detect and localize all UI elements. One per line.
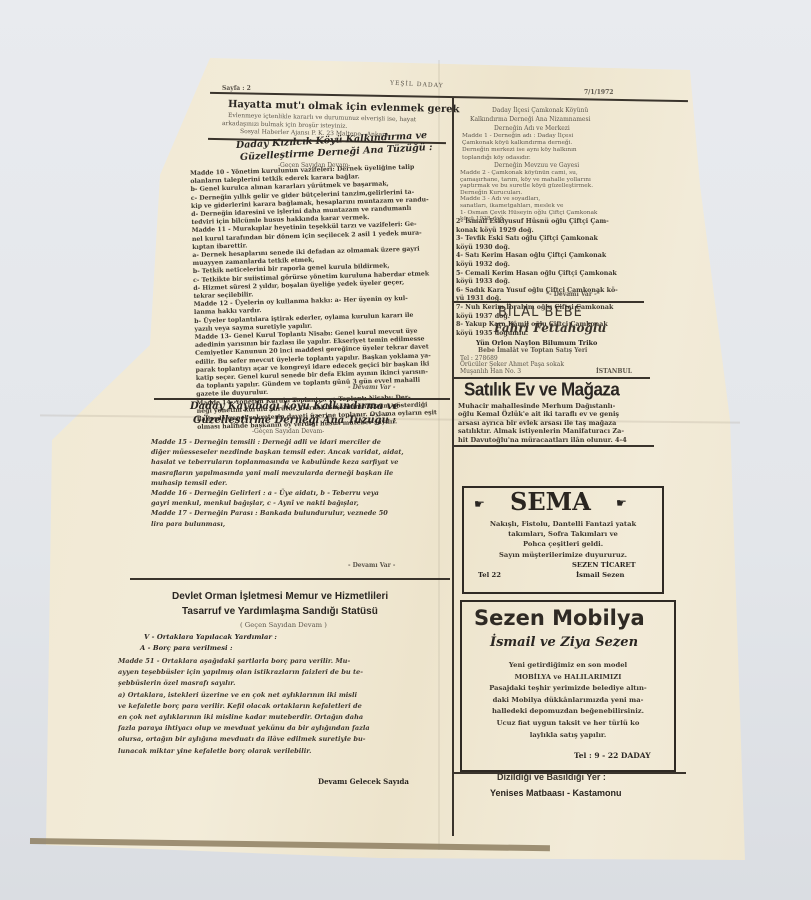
- orman-heading-2: A - Borç para verilmesi :: [140, 645, 233, 652]
- mobilya-title: Sezen Mobilya: [474, 608, 645, 629]
- orman-body: Madde 51 - Ortaklara aşağıdaki şartlarla…: [118, 656, 370, 757]
- bilal-line-1: Yün Orlon Naylon Bilumum Triko: [476, 340, 597, 347]
- text-line: Madde 15 - Derneğin temsili : Derneği ad…: [151, 437, 404, 447]
- kizilcik-continued: - Devamı Var -: [348, 385, 395, 391]
- kayabagi-title-1: Daday Kayabağı köyü Kalkındırma ve: [190, 402, 399, 412]
- text-line: Sayın müşterilerimize duyururuz.: [464, 550, 662, 560]
- text-line: Madde 51 - Ortaklara aşağıdaki şartlarla…: [118, 656, 370, 667]
- kayabagi-subtitle: -Geçen Sayıdan Devam-: [252, 429, 324, 435]
- orman-subtitle: ( Geçen Sayıdan Devam ): [240, 622, 327, 629]
- page-number: Sayfa : 2: [222, 86, 251, 92]
- issue-date: 7/1/1972: [584, 90, 613, 96]
- text-line: halledeki depomuzdan beğenebilirsiniz.: [462, 706, 674, 718]
- bilal-line-2: Bebe İmalât ve Toptan Satış Yeri: [478, 348, 587, 354]
- sema-tel: Tel 22: [478, 572, 501, 579]
- orman-title-2: Tasarruf ve Yardımlaşma Sandığı Statüsü: [182, 607, 378, 617]
- camkonak-continued: *- Devamı Var -*: [546, 292, 600, 298]
- founder-line: 4- Satı Kerim Hasan oğlu Çiftçi Çamkonak: [456, 252, 618, 261]
- text-line: masrafların yapılmasında yani mali mevzu…: [151, 468, 404, 478]
- founder-line: 2- İsmail Eskiyusuf Hüsnü oğlu Çiftçi Ça…: [456, 218, 618, 227]
- orman-title-1: Devlet Orman İşletmesi Memur ve Hizmetli…: [172, 592, 388, 602]
- section-rule: [454, 301, 644, 303]
- text-line: ayyen teşebbüsler için yapılmış olan ist…: [118, 667, 370, 678]
- kizilcik-body: Madde 10 - Yönetim kurulunun vazifeleri:…: [190, 163, 437, 432]
- text-line: olursa, ortağın bir aylığına mevduatı da…: [118, 734, 370, 745]
- text-line: lunacak miktar yine kefaletle borç olara…: [118, 746, 370, 757]
- text-line: arsası ayrıca bir evlek arsası ile taş m…: [458, 419, 627, 427]
- text-line: Yeni getirdiğimiz en son model: [462, 660, 674, 672]
- camkonak-body-b: Madde 2 - Çamkonak köyünün cami, su,çama…: [460, 170, 597, 223]
- text-line: gayri menkul, menkul bağışlar, c - Aynî …: [151, 498, 404, 508]
- founder-line: köyü 1930 doğ.: [456, 244, 618, 253]
- orman-heading-1: V - Ortaklara Yapılacak Yardımlar :: [144, 634, 277, 641]
- satilik-title: Satılık Ev ve Mağaza: [464, 380, 619, 399]
- text-line: Madde 3 - Adı ve soyadları,: [460, 196, 597, 203]
- founder-line: konak köyü 1929 doğ.: [456, 227, 618, 236]
- section-rule: [454, 445, 654, 447]
- text-line: ve kefaletle borç para verilir. Kefil ol…: [118, 701, 370, 712]
- founder-line: 5- Cemali Kerim Hasan oğlu Çiftçi Çamkon…: [456, 270, 618, 279]
- column-divider: [452, 98, 454, 836]
- sema-body: Nakışlı, Fistolu, Dantelli Fantazi yatak…: [464, 519, 662, 560]
- text-line: Madde 2 - Çamkonak köyünün cami, su,: [460, 170, 597, 177]
- text-line: oğlu Kemal Özlük'e ait iki taraflı ev ve…: [458, 410, 627, 418]
- mobilya-ad-box: Sezen Mobilya İsmail ve Ziya Sezen Yeni …: [460, 600, 676, 772]
- text-line: Madde 17 - Derneğin Parası : Bankada bul…: [151, 508, 404, 518]
- text-line: toplandığı köy odasıdır.: [462, 155, 577, 162]
- text-line: a) Ortaklara, istekleri üzerine ve en ço…: [118, 690, 370, 701]
- text-line: hasılat ve teberruların toplanmasında ve…: [151, 457, 404, 467]
- kayabagi-title-2: Güzelleştirme Derneği Ana Tüzüğü :: [193, 416, 396, 426]
- text-line: Nakışlı, Fistolu, Dantelli Fantazi yatak: [464, 519, 662, 529]
- text-line: MOBİLYA ve HALILARIMIZI: [462, 672, 674, 684]
- kayabagi-body: Madde 15 - Derneğin temsili : Derneği ad…: [151, 437, 404, 529]
- sema-owner: İsmail Sezen: [576, 572, 625, 579]
- section-rule: [130, 578, 450, 580]
- founder-line: köyü 1932 doğ.: [456, 261, 618, 270]
- bilal-title: BİLAL BEBE: [498, 306, 583, 319]
- text-line: takımları, Sofra Takımları ve: [464, 529, 662, 539]
- text-line: daki Mobilya dükkânlarımızda yeni ma-: [462, 695, 674, 707]
- text-line: hit Davutoğlu'na müracaatları ilân olunu…: [458, 436, 627, 444]
- text-line: Derneğin merkezi ise aynı köy halkının: [462, 147, 577, 154]
- bilal-address-2: Muşanlıh Han No. 3: [460, 369, 521, 375]
- founder-line: 3- Tevfik Eski Satı oğlu Çiftçi Çamkonak: [456, 235, 618, 244]
- text-line: satılıktır. Almak istiyenlerin Manifatur…: [458, 427, 627, 435]
- sema-title: SEMA: [510, 490, 591, 514]
- mobilya-tel: Tel : 9 - 22 DADAY: [574, 752, 651, 760]
- text-line: lira para bulunması,: [151, 519, 404, 529]
- text-line: çamaşırhane, tarım, köy ve mahalle yolla…: [460, 177, 597, 184]
- text-line: laylıkla satış yapılır.: [462, 730, 674, 742]
- camkonak-body-a: Madde 1 - Derneğin adı : Daday İlçesiÇam…: [462, 133, 577, 162]
- founder-line: köyü 1933 doğ.: [456, 278, 618, 287]
- section-rule: [154, 398, 450, 400]
- text-line: diğer müesseseler nezdinde başkan temsil…: [151, 447, 404, 457]
- pointing-hand-right-icon: ☚: [616, 497, 627, 509]
- text-line: en çok net aylıklarının iki misline kada…: [118, 712, 370, 723]
- text-line: muhasip temsil eder.: [151, 478, 404, 488]
- text-line: yaptırmak ve bu suretle köyü güzelleştir…: [460, 183, 597, 190]
- text-line: Pasajdaki teşhir yerimizde belediye altı…: [462, 683, 674, 695]
- newspaper-photo: Sayfa : 2 YEŞİL DADAY 7/1/1972 Hayatta m…: [0, 0, 811, 900]
- sema-ad-box: ☛ SEMA ☚ Nakışlı, Fistolu, Dantelli Fant…: [462, 486, 664, 594]
- bilal-city: İSTANBUL: [596, 369, 632, 375]
- vertical-fold: [438, 60, 440, 850]
- camkonak-title-1: Daday İlçesi Çamkonak Köyünü: [492, 108, 588, 114]
- printer-line-1: Dizildiği ve Basıldığı Yer :: [497, 773, 606, 782]
- camkonak-section-2: Derneğin Mevzuu ve Gayesi: [494, 163, 579, 169]
- text-line: Derneğin Kurucuları.: [460, 190, 597, 197]
- camkonak-title-2: Kalkındırma Derneği Ana Nizamnamesi: [470, 117, 590, 123]
- text-line: Madde 16 - Derneğin Gelirleri : a - Üye …: [151, 488, 404, 498]
- pointing-hand-left-icon: ☛: [474, 498, 485, 510]
- text-line: sanatları, ikametgahları, meslek ve: [460, 203, 597, 210]
- kayabagi-continued: - Devamı Var -: [348, 563, 395, 569]
- text-line: şebbüslerin özel masrafı sayılır.: [118, 678, 370, 689]
- satilik-body: Muhacir mahallesinde Merhum Dağıstanlı-o…: [458, 402, 627, 444]
- sema-company: SEZEN TİCARET: [572, 562, 636, 569]
- orman-continued: Devamı Gelecek Sayıda: [318, 778, 409, 785]
- bilal-owner: Fahri Fettahoğlu: [494, 322, 606, 334]
- mobilya-body: Yeni getirdiğimiz en son modelMOBİLYA ve…: [462, 660, 674, 741]
- text-line: fazla paraya ihtiyacı olup ve mevduat ye…: [118, 723, 370, 734]
- text-line: Ucuz fiat uygun taksit ve her türlü ko: [462, 718, 674, 730]
- text-line: Pohca çeşitleri geldi.: [464, 539, 662, 549]
- camkonak-section-1: Derneğin Adı ve Merkezi: [494, 126, 570, 132]
- mobilya-owners: İsmail ve Ziya Sezen: [490, 636, 638, 649]
- printer-line-2: Yenises Matbaası - Kastamonu: [490, 789, 622, 798]
